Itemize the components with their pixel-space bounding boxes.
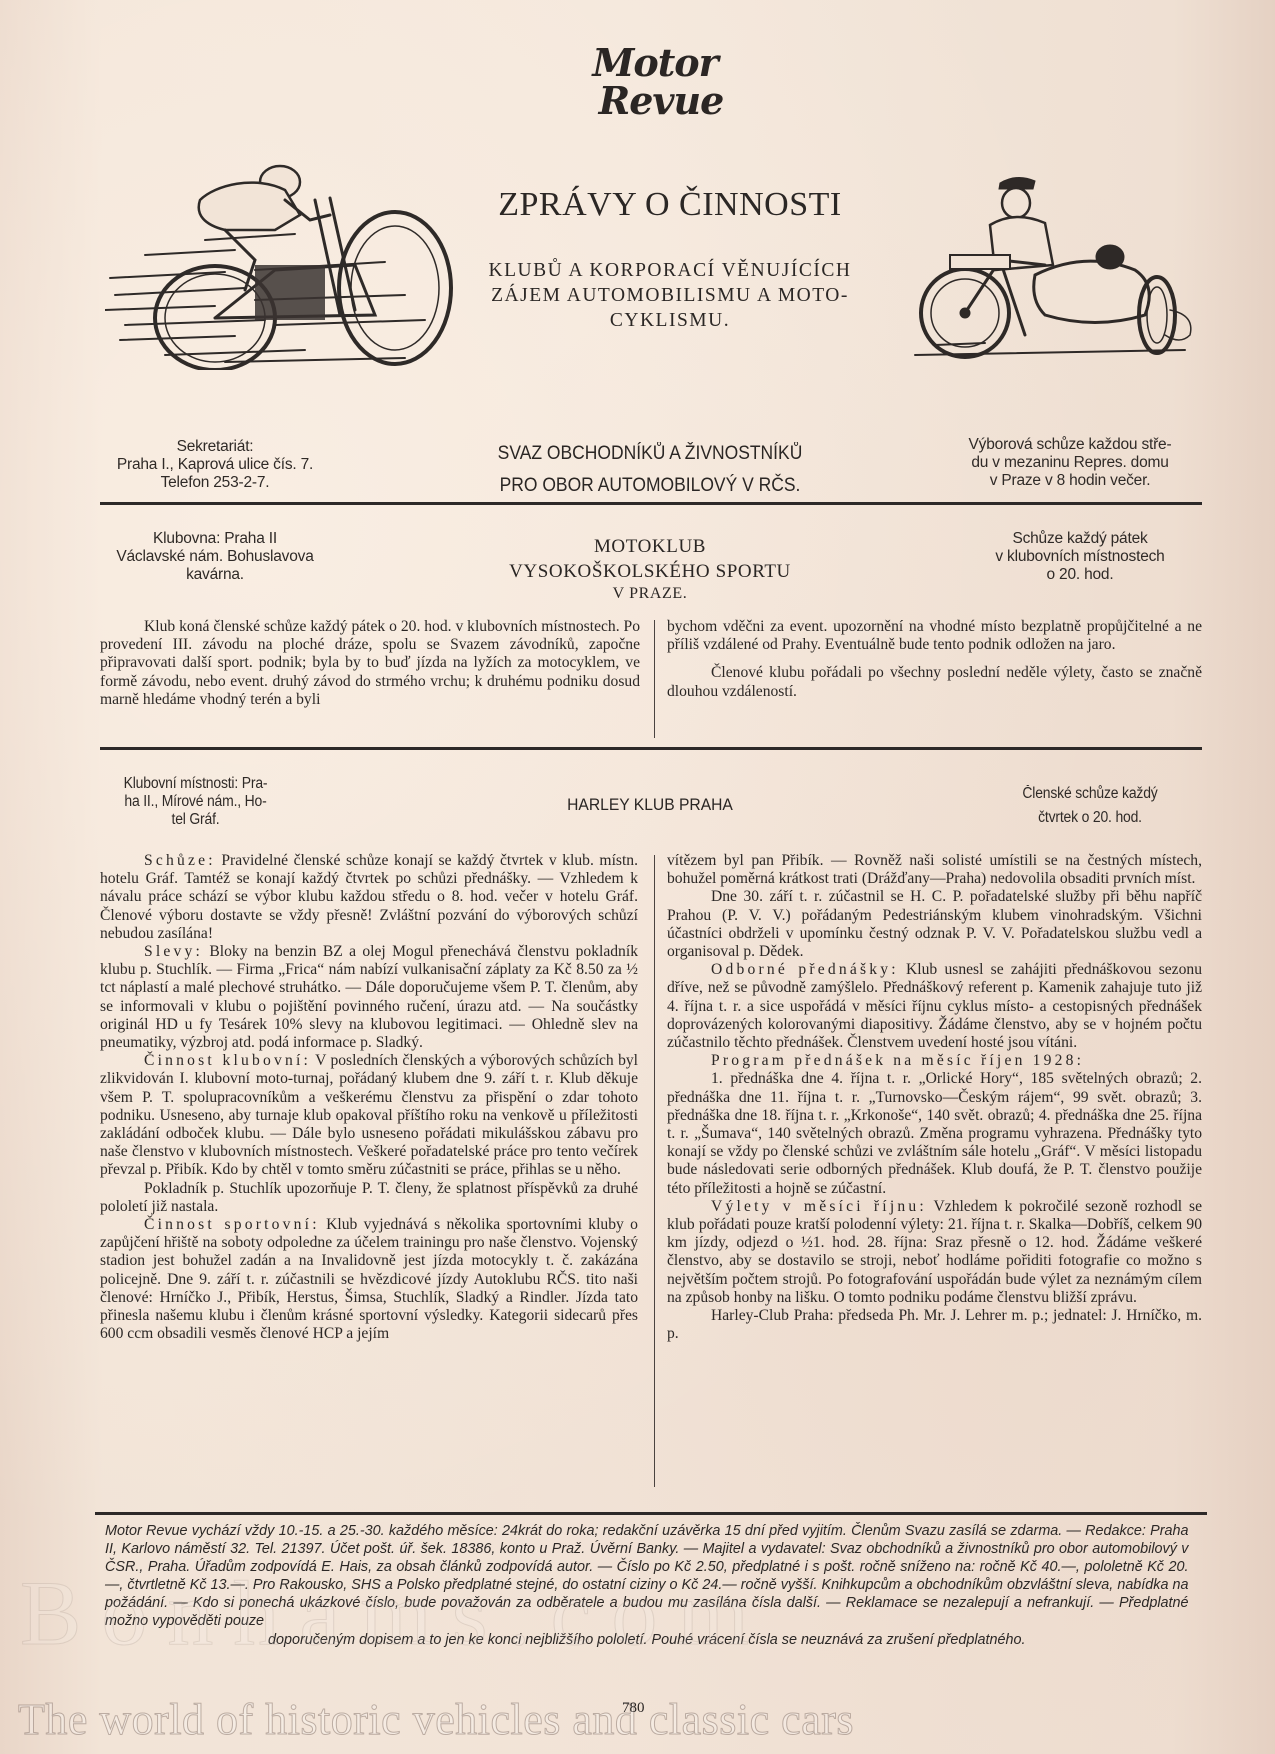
article-paragraph: Harley-Club Praha: předseda Ph. Mr. J. L… <box>667 1307 1202 1343</box>
motoklub-article-left: Klub koná členské schůze každý pátek o 2… <box>100 618 640 709</box>
info-line: kavárna. <box>90 566 340 584</box>
info-line: o 20. hod. <box>955 566 1205 584</box>
article-paragraph: Klub koná členské schůze každý pátek o 2… <box>100 618 640 709</box>
paragraph-lead: Výlety v měsíci říjnu: <box>711 1198 927 1215</box>
article-paragraph: bychom vděčni za event. upozornění na vh… <box>667 618 1202 654</box>
paragraph-text: vítězem byl pan Přibík. — Rovněž naši so… <box>667 852 1202 887</box>
info-line: Schůze každý pátek <box>955 530 1205 548</box>
harley-clubroom-info: Klubovní místnosti: Pra- ha II., Mírové … <box>108 775 284 829</box>
logo-line-2: Revue <box>592 82 730 120</box>
paragraph-text: 1. přednáška dne 4. října t. r. „Orlické… <box>667 1070 1202 1196</box>
heading-line: VYSOKOŠKOLSKÉHO SPORTU <box>440 559 860 584</box>
info-line: ha II., Mírové nám., Ho- <box>108 793 284 811</box>
paragraph-lead: Schůze: <box>144 852 216 869</box>
footer-divider <box>95 1512 1207 1515</box>
paragraph-lead: Činnost sportovní: <box>144 1216 320 1233</box>
info-line: Praha I., Kaprová ulice čís. 7. <box>90 456 340 474</box>
article-paragraph: vítězem byl pan Přibík. — Rovněž naši so… <box>667 852 1202 888</box>
column-divider <box>654 620 655 738</box>
info-line: tel Gráf. <box>108 811 284 829</box>
article-paragraph: Odborné přednášky: Klub usnesl se zaháji… <box>667 961 1202 1052</box>
article-paragraph: Členové klubu pořádali po všechny posled… <box>667 664 1202 700</box>
info-line: v Praze v 8 hodin večer. <box>930 472 1210 490</box>
heading-line: V PRAZE. <box>440 584 860 604</box>
info-line: Sekretariát: <box>90 438 340 456</box>
info-line: Václavské nám. Bohuslavova <box>90 548 340 566</box>
paragraph-text: Harley-Club Praha: předseda Ph. Mr. J. L… <box>667 1307 1202 1342</box>
svaz-heading: SVAZ OBCHODNÍKŮ A ŽIVNOSTNÍKŮ PRO OBOR A… <box>457 438 843 502</box>
svaz-meeting-info: Výborová schůze každou stře- du v mezani… <box>930 436 1210 490</box>
logo-line-1: Motor <box>580 44 730 82</box>
info-line: Klubovna: Praha II <box>90 530 340 548</box>
info-line: Členské schůze každý <box>987 785 1194 803</box>
watermark-large: Bonhams.com <box>20 1560 769 1666</box>
motoklub-meeting-info: Schůze každý pátek v klubovních místnost… <box>955 530 1205 584</box>
harley-article-left: Schůze: Pravidelné členské schůze konají… <box>100 852 638 1343</box>
info-line: du v mezaninu Repres. domu <box>930 454 1210 472</box>
paragraph-text: Dne 30. září t. r. zúčastnil se H. C. P.… <box>667 888 1202 960</box>
article-paragraph: Pokladník p. Stuchlík upozorňuje P. T. č… <box>100 1180 638 1216</box>
article-paragraph: Činnost klubovní: V posledních členských… <box>100 1052 638 1179</box>
motoklub-article-right: bychom vděčni za event. upozornění na vh… <box>667 618 1202 701</box>
article-paragraph: Schůze: Pravidelné členské schůze konají… <box>100 852 638 943</box>
article-paragraph: Výlety v měsíci říjnu: Vzhledem k pokroč… <box>667 1198 1202 1307</box>
harley-meeting-info: Členské schůze každý čtvrtek o 20. hod. <box>987 785 1194 827</box>
article-paragraph: Činnost sportovní: Klub vyjednává s něko… <box>100 1216 638 1343</box>
paragraph-text: Pokladník p. Stuchlík upozorňuje P. T. č… <box>100 1180 638 1215</box>
svaz-secretariat-info: Sekretariát: Praha I., Kaprová ulice čís… <box>90 438 340 492</box>
article-paragraph: 1. přednáška dne 4. října t. r. „Orlické… <box>667 1070 1202 1197</box>
paragraph-text: Klub vyjednává s několika sportovními kl… <box>100 1216 638 1342</box>
paragraph-lead: Program přednášek na měsíc říjen 1928: <box>711 1052 1084 1069</box>
paragraph-lead: Činnost klubovní: <box>144 1052 311 1069</box>
article-paragraph: Dne 30. září t. r. zúčastnil se H. C. P.… <box>667 888 1202 961</box>
watermark-caption: The world of historic vehicles and class… <box>18 1694 854 1745</box>
heading-line: SVAZ OBCHODNÍKŮ A ŽIVNOSTNÍKŮ <box>457 438 843 470</box>
info-line: čtvrtek o 20. hod. <box>987 809 1194 827</box>
motor-revue-logo: Motor Revue <box>580 44 730 120</box>
paragraph-lead: Odborné přednášky: <box>711 961 899 978</box>
info-line: v klubovních místnostech <box>955 548 1205 566</box>
racing-motorcycle-illustration <box>105 160 455 370</box>
motorcycle-sidecar-illustration <box>895 165 1200 365</box>
info-line: Telefon 253-2-7. <box>90 474 340 492</box>
info-line: Klubovní místnosti: Pra- <box>108 775 284 793</box>
heading-line: MOTOKLUB <box>440 534 860 559</box>
heading-line: PRO OBOR AUTOMOBILOVÝ V RČS. <box>457 470 843 502</box>
section-divider <box>100 747 1202 750</box>
page-title: ZPRÁVY O ČINNOSTI <box>430 186 910 224</box>
subtitle-line: CYKLISMU. <box>460 308 880 333</box>
subtitle-line: ZÁJEM AUTOMOBILISMU A MOTO- <box>460 283 880 308</box>
page-subtitle: KLUBŮ A KORPORACÍ VĚNUJÍCÍCH ZÁJEM AUTOM… <box>460 258 880 333</box>
page-number: 780 <box>622 1700 645 1717</box>
article-paragraph: Slevy: Bloky na benzin BZ a olej Mogul p… <box>100 943 638 1052</box>
paragraph-text: V posledních členských a výborových schů… <box>100 1052 638 1178</box>
harley-heading: HARLEY KLUB PRAHA <box>457 795 843 815</box>
article-paragraph: Program přednášek na měsíc říjen 1928: <box>667 1052 1202 1070</box>
subtitle-line: KLUBŮ A KORPORACÍ VĚNUJÍCÍCH <box>460 258 880 283</box>
motoklub-clubroom-info: Klubovna: Praha II Václavské nám. Bohusl… <box>90 530 340 584</box>
column-divider <box>654 855 655 1487</box>
paragraph-lead: Slevy: <box>144 943 203 960</box>
motoklub-heading: MOTOKLUB VYSOKOŠKOLSKÉHO SPORTU V PRAZE. <box>440 534 860 604</box>
section-divider <box>100 502 1202 505</box>
harley-article-right: vítězem byl pan Přibík. — Rovněž naši so… <box>667 852 1202 1343</box>
info-line: Výborová schůze každou stře- <box>930 436 1210 454</box>
